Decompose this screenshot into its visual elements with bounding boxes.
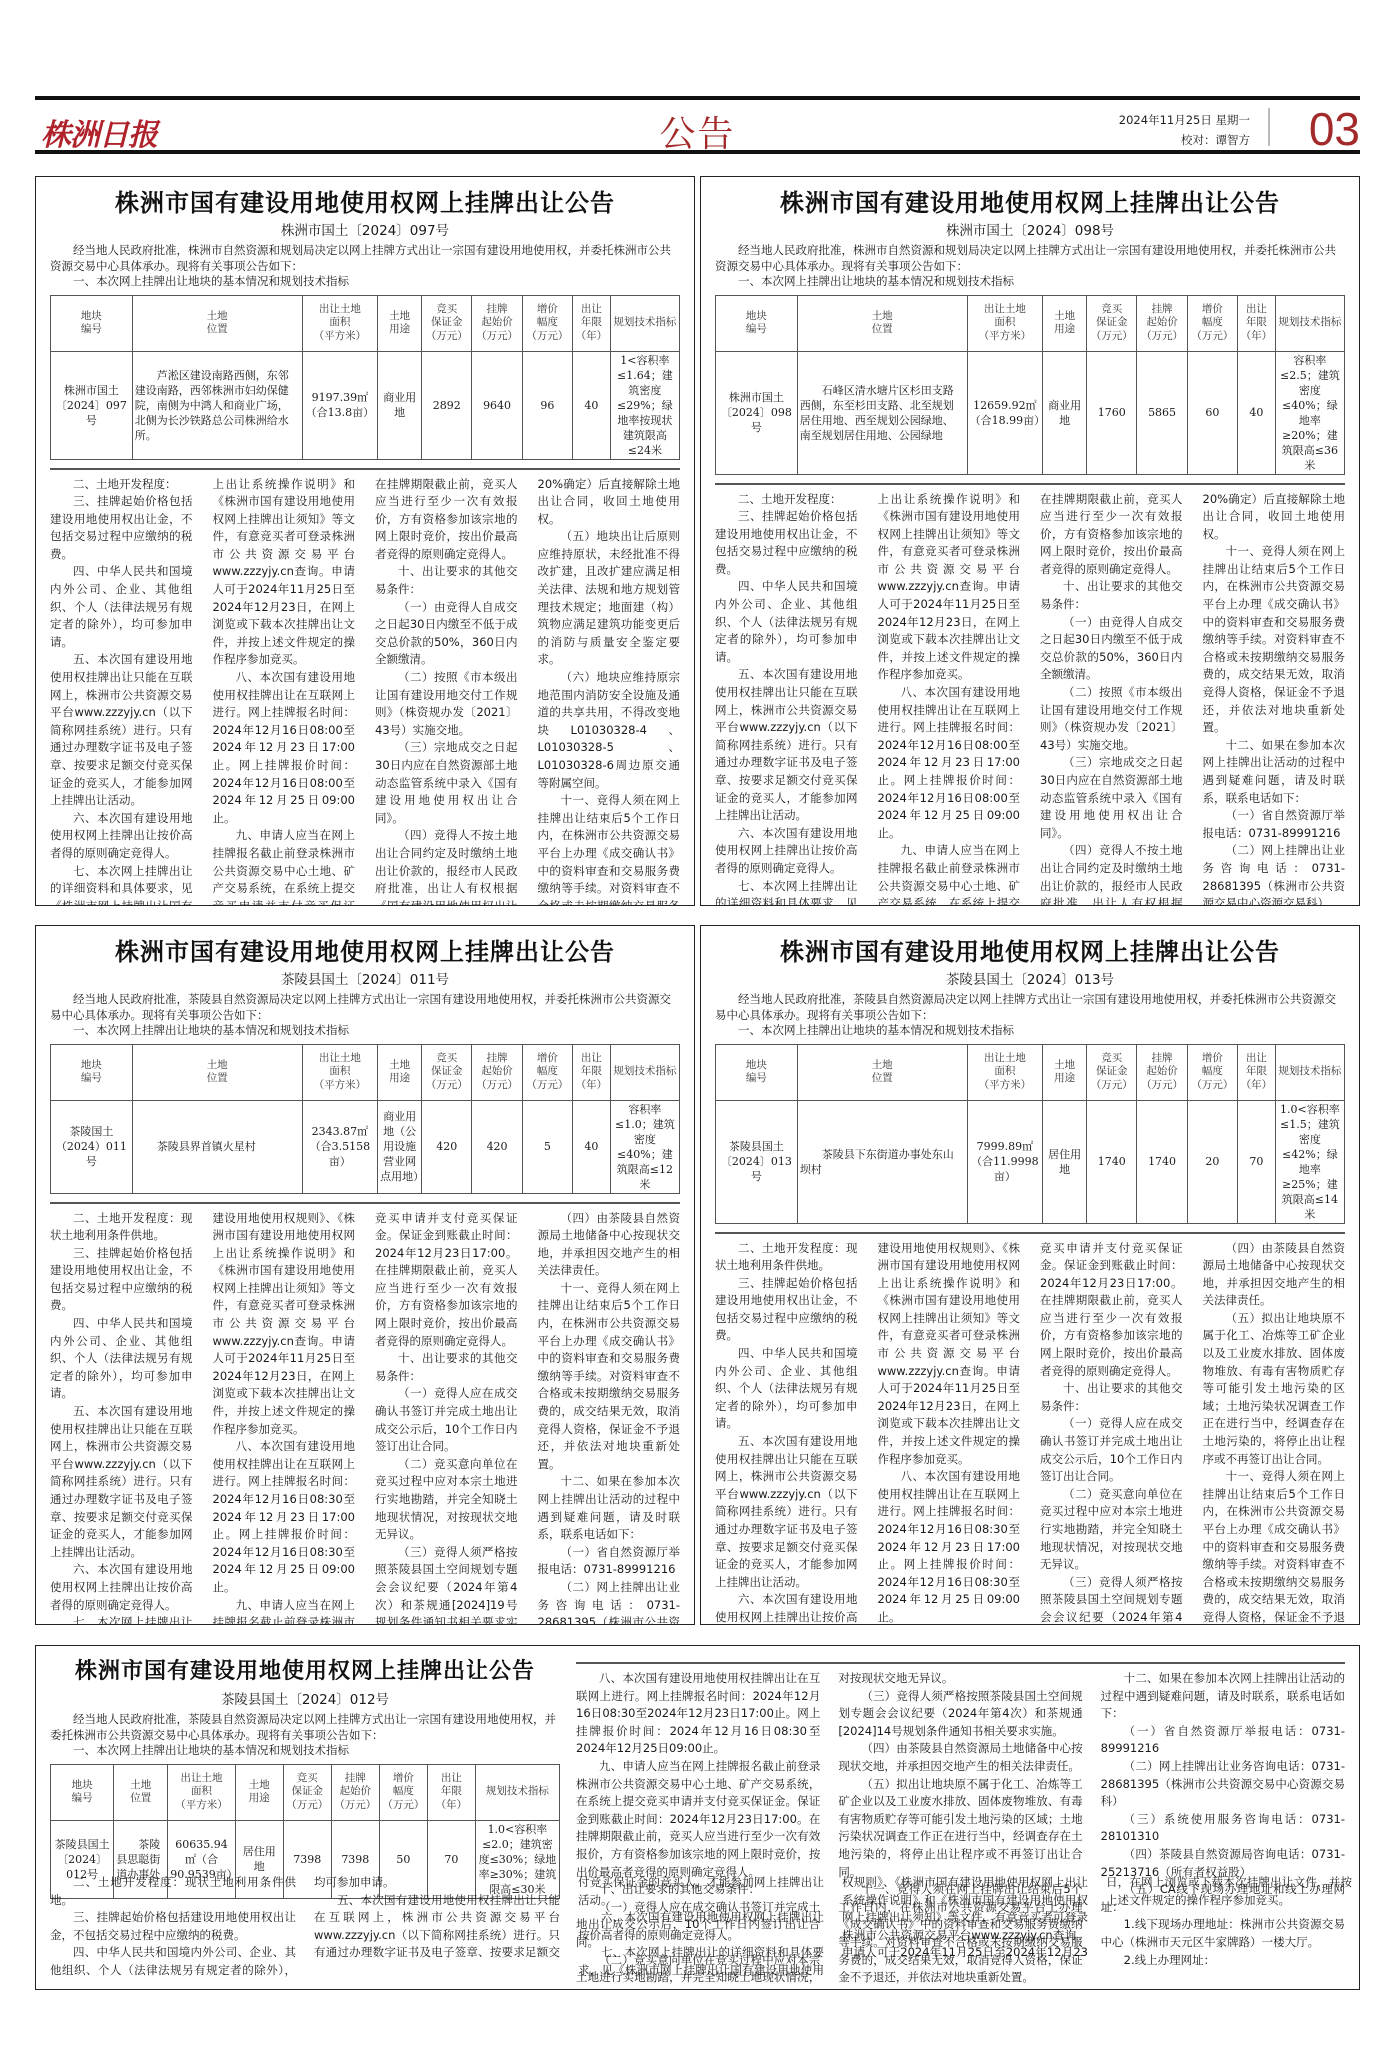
column-header: 规划技术指标	[1275, 295, 1344, 351]
column-header: 出让年限（年）	[427, 1764, 475, 1820]
body-paragraph: （一）省自然资源厅举报电话：0731-89991216	[1101, 1723, 1345, 1758]
column-header: 增价幅度（万元）	[522, 295, 572, 351]
body-paragraph: （五）拟出让地块原不属于化工、冶炼等工矿企业以及工业废水排放、固体废物堆放、有毒…	[1203, 1310, 1346, 1468]
body-paragraph: 1.线下现场办理地址：株洲市公共资源交易中心（株洲市天元区牛家牌路）一楼大厅。	[1101, 1916, 1345, 1951]
column-header: 土地位置	[132, 295, 302, 351]
table-row: 茶陵县国土〔2024〕013号 茶陵县下东街道办事处东山坝村 7999.89㎡（…	[716, 1100, 1345, 1223]
section-heading: 一、本次网上挂牌出让地块的基本情况和规划技术指标	[50, 274, 680, 290]
column-header: 地块编号	[716, 295, 798, 351]
column-header: 土地用途	[378, 295, 422, 351]
cell-location: 茶陵县界首镇火星村	[132, 1100, 302, 1193]
document-number: 株洲市国土〔2024〕097号	[50, 221, 680, 241]
cell-location: 茶陵县下东街道办事处东山坝村	[797, 1100, 967, 1223]
body-paragraph: 二、土地开发程度：现状土地利用条件供地。	[715, 1240, 858, 1275]
body-paragraph: （三）宗地成交之日起30日内应在自然资源部土地动态监管系统中录入《国有建设用地使…	[375, 739, 518, 827]
column-header: 土地用途	[1043, 295, 1087, 351]
masthead-divider	[1268, 108, 1270, 146]
column-header: 出让土地面积（平方米）	[168, 1764, 236, 1820]
body-paragraph: 三、挂牌起始价格包括建设用地使用权出让金，不包括交易过程中应缴纳的税费。	[50, 493, 193, 563]
column-header: 竞买保证金（万元）	[283, 1764, 331, 1820]
cell-start-price: 420	[472, 1100, 522, 1193]
body-paragraph: （三）竞得人须严格按照茶陵县国土空间规划专题会会议纪要（2024年第4次）和茶规…	[375, 1544, 518, 1625]
notice-intro: 经当地人民政府批准，茶陵县自然资源局决定以网上挂牌方式出让一宗国有建设用地使用权…	[50, 992, 680, 1023]
land-parcel-table: 地块编号土地位置出让土地面积（平方米）土地用途竞买保证金（万元）挂牌起始价（万元…	[715, 1044, 1345, 1224]
body-paragraph: （三）竞得人须严格按照茶陵县国土空间规划专题会会议纪要（2024年第4次）和茶规…	[838, 1688, 1082, 1741]
notice-title: 株洲市国有建设用地使用权网上挂牌出让公告	[715, 187, 1345, 219]
table-row: 株洲市国土〔2024〕097号 芦淞区建设南路西侧，东邻建设南路，西邻株洲市妇幼…	[51, 351, 680, 459]
cell-term: 40	[573, 351, 611, 459]
body-paragraph: （五）拟出让地块原不属于化工、冶炼等工矿企业以及工业废水排放、固体废物堆放、有毒…	[838, 1776, 1082, 1882]
notice-title: 株洲市国有建设用地使用权网上挂牌出让公告	[50, 1656, 560, 1688]
column-header: 土地位置	[114, 1764, 168, 1820]
column-header: 挂牌起始价（万元）	[472, 1044, 522, 1100]
body-paragraph: （一）竞得人应在成交确认书签订并完成土地出让成交公示后，10个工作日内签订出让合…	[375, 1385, 518, 1455]
cell-start-price: 5865	[1137, 351, 1187, 474]
body-paragraph: （四）由茶陵县自然资源局土地储备中心按现状交地，并承担因交地产生的相关法律责任。	[538, 1210, 681, 1280]
column-header: 竞买保证金（万元）	[1087, 1044, 1137, 1100]
cell-use: 商业用地	[378, 351, 422, 459]
section-heading: 一、本次网上挂牌出让地块的基本情况和规划技术指标	[715, 274, 1345, 290]
body-paragraph: 十、出让要求的其他交易条件：	[1040, 578, 1183, 613]
body-paragraph: 八、本次国有建设用地使用权挂牌出让在互联网上进行。网上挂牌报名时间：2024年1…	[213, 669, 356, 827]
cell-parcel-no: 株洲市国土〔2024〕098号	[716, 351, 798, 474]
column-header: 竞买保证金（万元）	[1087, 295, 1137, 351]
column-header: 出让土地面积（平方米）	[302, 295, 377, 351]
body-paragraph: （六）地块应维持原宗地范围内消防安全设施及通道的共享共用，不得改变地块L0103…	[538, 669, 681, 792]
body-paragraph: （二）按照《市本级出让国有建设用地交付工作规则》（株资规办发〔2021〕43号）…	[1040, 684, 1183, 754]
notice-012: 株洲市国有建设用地使用权网上挂牌出让公告 茶陵县国土〔2024〕012号 经当地…	[35, 1645, 1360, 1990]
column-header: 挂牌起始价（万元）	[1137, 295, 1187, 351]
cell-use: 商业用地（公用设施营业网点用地）	[378, 1100, 422, 1193]
document-number: 茶陵县国土〔2024〕013号	[715, 970, 1345, 990]
body-paragraph: （三）宗地成交之日起30日内应在自然资源部土地动态监管系统中录入《国有建设用地使…	[1040, 754, 1183, 842]
column-header: 挂牌起始价（万元）	[1137, 1044, 1187, 1100]
column-header: 土地用途	[1043, 1044, 1087, 1100]
body-paragraph: 六、本次国有建设用地使用权网上挂牌出让按价高者得的原则确定竞得人。	[715, 825, 858, 878]
section-heading: 一、本次网上挂牌出让地块的基本情况和规划技术指标	[50, 1023, 680, 1039]
column-header: 地块编号	[51, 1044, 133, 1100]
column-header: 增价幅度（万元）	[522, 1044, 572, 1100]
cell-indicators: 1.0<容积率≤1.5；建筑密度≤42%；绿地率≥25%；建筑限高≤14米	[1275, 1100, 1344, 1223]
cell-area: 2343.87㎡（合3.5158亩）	[302, 1100, 377, 1193]
cell-indicators: 容积率≤1.0；建筑密度≤40%；建筑限高≤12米	[610, 1100, 679, 1193]
notice-097: 株洲市国有建设用地使用权网上挂牌出让公告 株洲市国土〔2024〕097号 经当地…	[35, 176, 695, 906]
cell-term: 40	[573, 1100, 611, 1193]
cell-indicators: 容积率≤2.5；建筑密度≤40%；绿地率≥20%；建筑限高≤36米	[1275, 351, 1344, 474]
table-row: 茶陵国土（2024）011号 茶陵县界首镇火星村 2343.87㎡（合3.515…	[51, 1100, 680, 1193]
notice-body-lower: 二、土地开发程度：现状土地利用条件供地。三、挂牌起始价格包括建设用地使用权出让金…	[50, 1874, 560, 1984]
column-header: 竞买保证金（万元）	[422, 295, 472, 351]
cell-deposit: 420	[422, 1100, 472, 1193]
notice-title: 株洲市国有建设用地使用权网上挂牌出让公告	[715, 936, 1345, 968]
notice-header: 株洲市国有建设用地使用权网上挂牌出让公告 株洲市国土〔2024〕098号 经当地…	[715, 187, 1345, 475]
notice-body: 二、土地开发程度：现状土地利用条件供地。三、挂牌起始价格包括建设用地使用权出让金…	[50, 1202, 680, 1626]
body-paragraph: 五、本次国有建设用地使用权挂牌出让只能在互联网上，株洲市公共资源交易平台www.…	[715, 666, 858, 824]
section-heading: 一、本次网上挂牌出让地块的基本情况和规划技术指标	[50, 1743, 560, 1759]
body-paragraph: 二、土地开发程度：现状土地利用条件供地。	[50, 1874, 296, 1909]
body-paragraph: 三、挂牌起始价格包括建设用地使用权出让金，不包括交易过程中应缴纳的税费。	[50, 1909, 296, 1944]
body-paragraph: （二）网上挂牌出让业务咨询电话：0731-28681395（株洲市公共资源交易中…	[1203, 842, 1346, 906]
body-paragraph: 四、中华人民共和国境内外公司、企业、其他组织、个人（法律法规另有规定者的除外），…	[715, 578, 858, 666]
column-header: 出让年限（年）	[573, 1044, 611, 1100]
body-paragraph: 十二、如果在参加本次网上挂牌出让活动的过程中遇到疑难问题，请及时联系，联系电话如…	[538, 1473, 681, 1543]
column-header: 地块编号	[51, 295, 133, 351]
body-paragraph: 十一、竞得人须在网上挂牌出让结束后5个工作日内，在株洲市公共资源交易平台上办理《…	[1203, 1468, 1346, 1625]
body-paragraph: 六、本次国有建设用地使用权网上挂牌出让按价高者得的原则确定竞得人。	[50, 1561, 193, 1614]
body-paragraph: 八、本次国有建设用地使用权挂牌出让在互联网上进行。网上挂牌报名时间：2024年1…	[213, 1438, 356, 1596]
body-paragraph: 六、本次国有建设用地使用权网上挂牌出让按价高者得的原则确定竞得人。	[50, 810, 193, 863]
column-header: 土地位置	[132, 1044, 302, 1100]
column-header: 土地位置	[797, 1044, 967, 1100]
cell-use: 居住用地	[1043, 1100, 1087, 1223]
body-paragraph: （二）竞买意向单位在竞买过程中应对本宗土地进行实地勘踏，并完全知晓土地现状情况，…	[1040, 1486, 1183, 1574]
table-header-row: 地块编号土地位置出让土地面积（平方米）土地用途竞买保证金（万元）挂牌起始价（万元…	[716, 1044, 1345, 1100]
notice-body: 二、土地开发程度：三、挂牌起始价格包括建设用地使用权出让金，不包括交易过程中应缴…	[715, 483, 1345, 907]
column-header: 出让土地面积（平方米）	[967, 1044, 1042, 1100]
cell-location: 石峰区清水塘片区杉田支路西侧，东至杉田支路、北至规划居住用地、西至规划公园绿地、…	[797, 351, 967, 474]
column-header: 增价幅度（万元）	[1187, 295, 1237, 351]
section-heading: 一、本次网上挂牌出让地块的基本情况和规划技术指标	[715, 1023, 1345, 1039]
notice-header: 株洲市国有建设用地使用权网上挂牌出让公告 茶陵县国土〔2024〕011号 经当地…	[50, 936, 680, 1194]
body-paragraph: 十一、竞得人须在网上挂牌出让结束后5个工作日内，在株洲市公共资源交易平台上办理《…	[538, 1280, 681, 1474]
body-paragraph: 十、出让要求的其他交易条件：	[375, 563, 518, 598]
cell-increment: 96	[522, 351, 572, 459]
body-paragraph: 十二、如果在参加本次网上挂牌出让活动的过程中遇到疑难问题，请及时联系，联系电话如…	[1101, 1670, 1345, 1723]
body-paragraph: 十二、如果在参加本次网上挂牌出让活动的过程中遇到疑难问题，请及时联系，联系电话如…	[1203, 737, 1346, 807]
cell-parcel-no: 株洲市国土〔2024〕097号	[51, 351, 133, 459]
cell-start-price: 1740	[1137, 1100, 1187, 1223]
notice-098: 株洲市国有建设用地使用权网上挂牌出让公告 株洲市国土〔2024〕098号 经当地…	[700, 176, 1360, 906]
body-paragraph: 十、出让要求的其他交易条件：	[1040, 1380, 1183, 1415]
body-paragraph: 二、土地开发程度：	[715, 491, 858, 509]
body-paragraph: 三、挂牌起始价格包括建设用地使用权出让金，不包括交易过程中应缴纳的税费。	[715, 508, 858, 578]
body-paragraph: 四、中华人民共和国境内外公司、企业、其他组织、个人（法律法规另有规定者的除外），…	[715, 1345, 858, 1433]
masthead: 株洲日报 公告 2024年11月25日 星期一 校对：谭智方 03	[35, 96, 1360, 154]
cell-area: 7999.89㎡（合11.9998亩）	[967, 1100, 1042, 1223]
notice-011: 株洲市国有建设用地使用权网上挂牌出让公告 茶陵县国土〔2024〕011号 经当地…	[35, 925, 695, 1625]
cell-deposit: 2892	[422, 351, 472, 459]
body-paragraph: （一）省自然资源厅举报电话：0731-89991216	[1203, 807, 1346, 842]
notice-intro: 经当地人民政府批准，株洲市自然资源和规划局决定以网上挂牌方式出让一宗国有建设用地…	[715, 243, 1345, 274]
body-paragraph: 六、本次国有建设用地使用权网上挂牌出让按价高者得的原则确定竞得人。	[578, 1909, 824, 1944]
column-header: 地块编号	[716, 1044, 798, 1100]
cell-area: 9197.39㎡（合13.8亩）	[302, 351, 377, 459]
body-paragraph: 五、本次国有建设用地使用权挂牌出让只能在互联网上，株洲市公共资源交易平台www.…	[715, 1433, 858, 1591]
document-number: 株洲市国土〔2024〕098号	[715, 221, 1345, 241]
land-parcel-table: 地块编号土地位置出让土地面积（平方米）土地用途竞买保证金（万元）挂牌起始价（万元…	[50, 295, 680, 460]
notice-013: 株洲市国有建设用地使用权网上挂牌出让公告 茶陵县国土〔2024〕013号 经当地…	[700, 925, 1360, 1625]
body-paragraph: 三、挂牌起始价格包括建设用地使用权出让金，不包括交易过程中应缴纳的税费。	[50, 1245, 193, 1315]
cell-increment: 5	[522, 1100, 572, 1193]
body-paragraph: 五、本次国有建设用地使用权挂牌出让只能在互联网上，株洲市公共资源交易平台www.…	[50, 1403, 193, 1561]
cell-use: 商业用地	[1043, 351, 1087, 474]
page-number: 03	[1309, 102, 1360, 156]
column-header: 规划技术指标	[1275, 1044, 1344, 1100]
body-paragraph: （二）按照《市本级出让国有建设用地交付工作规则》（株资规办发〔2021〕43号）…	[375, 669, 518, 739]
cell-deposit: 1760	[1087, 351, 1137, 474]
body-paragraph: 八、本次国有建设用地使用权挂牌出让在互联网上进行。网上挂牌报名时间：2024年1…	[878, 1468, 1021, 1625]
body-paragraph: （一）由竞得人自成交之日起30日内缴至不低于成交总价款的50%，360日内全额缴…	[1040, 614, 1183, 684]
notice-title: 株洲市国有建设用地使用权网上挂牌出让公告	[50, 936, 680, 968]
body-paragraph: （一）由竞得人自成交之日起30日内缴至不低于成交总价款的50%，360日内全额缴…	[375, 599, 518, 669]
notice-header: 株洲市国有建设用地使用权网上挂牌出让公告 茶陵县国土〔2024〕013号 经当地…	[715, 936, 1345, 1224]
column-header: 地块编号	[51, 1764, 114, 1820]
column-header: 土地用途	[378, 1044, 422, 1100]
column-header: 增价幅度（万元）	[379, 1764, 427, 1820]
cell-parcel-no: 茶陵国土（2024）011号	[51, 1100, 133, 1193]
body-paragraph: 三、挂牌起始价格包括建设用地使用权出让金，不包括交易过程中应缴纳的税费。	[715, 1275, 858, 1345]
body-paragraph: 八、本次国有建设用地使用权挂牌出让在互联网上进行。网上挂牌报名时间：2024年1…	[878, 684, 1021, 842]
table-header-row: 地块编号土地位置出让土地面积（平方米）土地用途竞买保证金（万元）挂牌起始价（万元…	[51, 1764, 560, 1820]
document-number: 茶陵县国土〔2024〕012号	[50, 1690, 560, 1710]
column-header: 土地位置	[797, 295, 967, 351]
body-paragraph: （二）网上挂牌出让业务咨询电话：0731-28681395（株洲市公共资源交易中…	[1101, 1758, 1345, 1811]
body-paragraph: 四、中华人民共和国境内外公司、企业、其他组织、个人（法律法规另有规定者的除外），…	[50, 1315, 193, 1403]
notice-title: 株洲市国有建设用地使用权网上挂牌出让公告	[50, 187, 680, 219]
body-paragraph: （二）竞买意向单位在竞买过程中应对本宗土地进行实地勘踏，并完全知晓土地现状情况，…	[375, 1456, 518, 1544]
body-paragraph: （四）由茶陵县自然资源局土地储备中心按现状交地，并承担因交地产生的相关法律责任。	[838, 1740, 1082, 1775]
body-paragraph: 2.线上办理网址：	[1101, 1952, 1345, 1970]
body-paragraph: 二、土地开发程度：现状土地利用条件供地。	[50, 1210, 193, 1245]
table-header-row: 地块编号土地位置出让土地面积（平方米）土地用途竞买保证金（万元）挂牌起始价（万元…	[51, 295, 680, 351]
table-header-row: 地块编号土地位置出让土地面积（平方米）土地用途竞买保证金（万元）挂牌起始价（万元…	[51, 1044, 680, 1100]
document-number: 茶陵县国土〔2024〕011号	[50, 970, 680, 990]
notice-intro: 经当地人民政府批准，茶陵县自然资源局决定以网上挂牌方式出让一宗国有建设用地使用权…	[715, 992, 1345, 1023]
issue-meta: 2024年11月25日 星期一 校对：谭智方	[1119, 110, 1250, 150]
notice-header: 株洲市国有建设用地使用权网上挂牌出让公告 株洲市国土〔2024〕097号 经当地…	[50, 187, 680, 460]
body-paragraph: 十、出让要求的其他交易条件：	[375, 1350, 518, 1385]
notice-body: 二、土地开发程度：三、挂牌起始价格包括建设用地使用权出让金，不包括交易过程中应缴…	[50, 468, 680, 907]
column-header: 竞买保证金（万元）	[422, 1044, 472, 1100]
column-header: 土地用途	[235, 1764, 283, 1820]
issue-date: 2024年11月25日 星期一	[1119, 110, 1250, 130]
cell-area: 12659.92㎡（合18.99亩）	[967, 351, 1042, 474]
column-header: 出让年限（年）	[1238, 295, 1276, 351]
body-paragraph: 二、土地开发程度：	[50, 476, 193, 494]
body-paragraph: 五、本次国有建设用地使用权挂牌出让只能在互联网上，株洲市公共资源交易平台www.…	[50, 651, 193, 809]
body-paragraph: 九、申请人应当在网上挂牌报名截止前登录株洲市公共资源交易中心土地、矿产交易系统，…	[576, 1758, 820, 1881]
column-header: 出让年限（年）	[1238, 1044, 1276, 1100]
notice-intro: 经当地人民政府批准，株洲市自然资源和规划局决定以网上挂牌方式出让一宗国有建设用地…	[50, 243, 680, 274]
column-header: 规划技术指标	[610, 295, 679, 351]
cell-deposit: 1740	[1087, 1100, 1137, 1223]
cell-parcel-no: 茶陵县国土〔2024〕013号	[716, 1100, 798, 1223]
column-header: 出让土地面积（平方米）	[302, 1044, 377, 1100]
column-header: 出让年限（年）	[573, 295, 611, 351]
body-paragraph: 十一、竞得人须在网上挂牌出让结束后5个工作日内，在株洲市公共资源交易平台上办理《…	[1203, 543, 1346, 737]
proofreader: 校对：谭智方	[1119, 130, 1250, 150]
cell-term: 40	[1238, 351, 1276, 474]
land-parcel-table: 地块编号土地位置出让土地面积（平方米）土地用途竞买保证金（万元）挂牌起始价（万元…	[715, 295, 1345, 475]
cell-location: 芦淞区建设南路西侧，东邻建设南路，西邻株洲市妇幼保健院，南侧为中鸿人和商业广场，…	[132, 351, 302, 459]
body-paragraph: 八、本次国有建设用地使用权挂牌出让在互联网上进行。网上挂牌报名时间：2024年1…	[576, 1670, 820, 1758]
cell-start-price: 9640	[472, 351, 522, 459]
body-paragraph: 四、中华人民共和国境内外公司、企业、其他组织、个人（法律法规另有规定者的除外），…	[50, 563, 193, 651]
table-row: 株洲市国土〔2024〕098号 石峰区清水塘片区杉田支路西侧，东至杉田支路、北至…	[716, 351, 1345, 474]
table-header-row: 地块编号土地位置出让土地面积（平方米）土地用途竞买保证金（万元）挂牌起始价（万元…	[716, 295, 1345, 351]
column-header: 规划技术指标	[610, 1044, 679, 1100]
cell-indicators: 1<容积率≤1.64；建筑密度≤29%；绿地率按现状建筑限高≤24米	[610, 351, 679, 459]
column-header: 挂牌起始价（万元）	[472, 295, 522, 351]
body-paragraph: 六、本次国有建设用地使用权网上挂牌出让按价高者得的原则确定竞得人。	[715, 1591, 858, 1625]
column-header: 规划技术指标	[475, 1764, 559, 1820]
body-paragraph: （四）由茶陵县自然资源局土地储备中心按现状交地，并承担因交地产生的相关法律责任。	[1203, 1240, 1346, 1310]
notice-header: 株洲市国有建设用地使用权网上挂牌出让公告 茶陵县国土〔2024〕012号 经当地…	[50, 1654, 560, 1899]
notice-intro: 经当地人民政府批准，茶陵县自然资源局决定以网上挂牌方式出让一宗国有建设用地使用权…	[50, 1712, 560, 1743]
cell-increment: 60	[1187, 351, 1237, 474]
column-header: 增价幅度（万元）	[1187, 1044, 1237, 1100]
body-paragraph: （一）省自然资源厅举报电话：0731-89991216	[538, 1544, 681, 1579]
body-paragraph: （三）竞得人须严格按照茶陵县国土空间规划专题会会议纪要（2024年第4次）和茶规…	[1040, 1574, 1183, 1625]
body-paragraph: （五）地块出让后原则应维持原状，未经批准不得改扩建，且改扩建应满足相关法律、法规…	[538, 528, 681, 669]
body-paragraph: （三）系统使用服务咨询电话：0731-28101310	[1101, 1811, 1345, 1846]
cell-increment: 20	[1187, 1100, 1237, 1223]
land-parcel-table: 地块编号土地位置出让土地面积（平方米）土地用途竞买保证金（万元）挂牌起始价（万元…	[50, 1044, 680, 1194]
body-paragraph: （一）竞得人应在成交确认书签订并完成土地出让成交公示后，10个工作日内签订出让合…	[1040, 1415, 1183, 1485]
cell-term: 70	[1238, 1100, 1276, 1223]
notice-body: 二、土地开发程度：现状土地利用条件供地。三、挂牌起始价格包括建设用地使用权出让金…	[715, 1232, 1345, 1626]
body-paragraph: （二）网上挂牌出让业务咨询电话：0731-28681395（株洲市公共资源交易中…	[538, 1579, 681, 1625]
column-header: 出让土地面积（平方米）	[967, 295, 1042, 351]
column-header: 挂牌起始价（万元）	[331, 1764, 379, 1820]
